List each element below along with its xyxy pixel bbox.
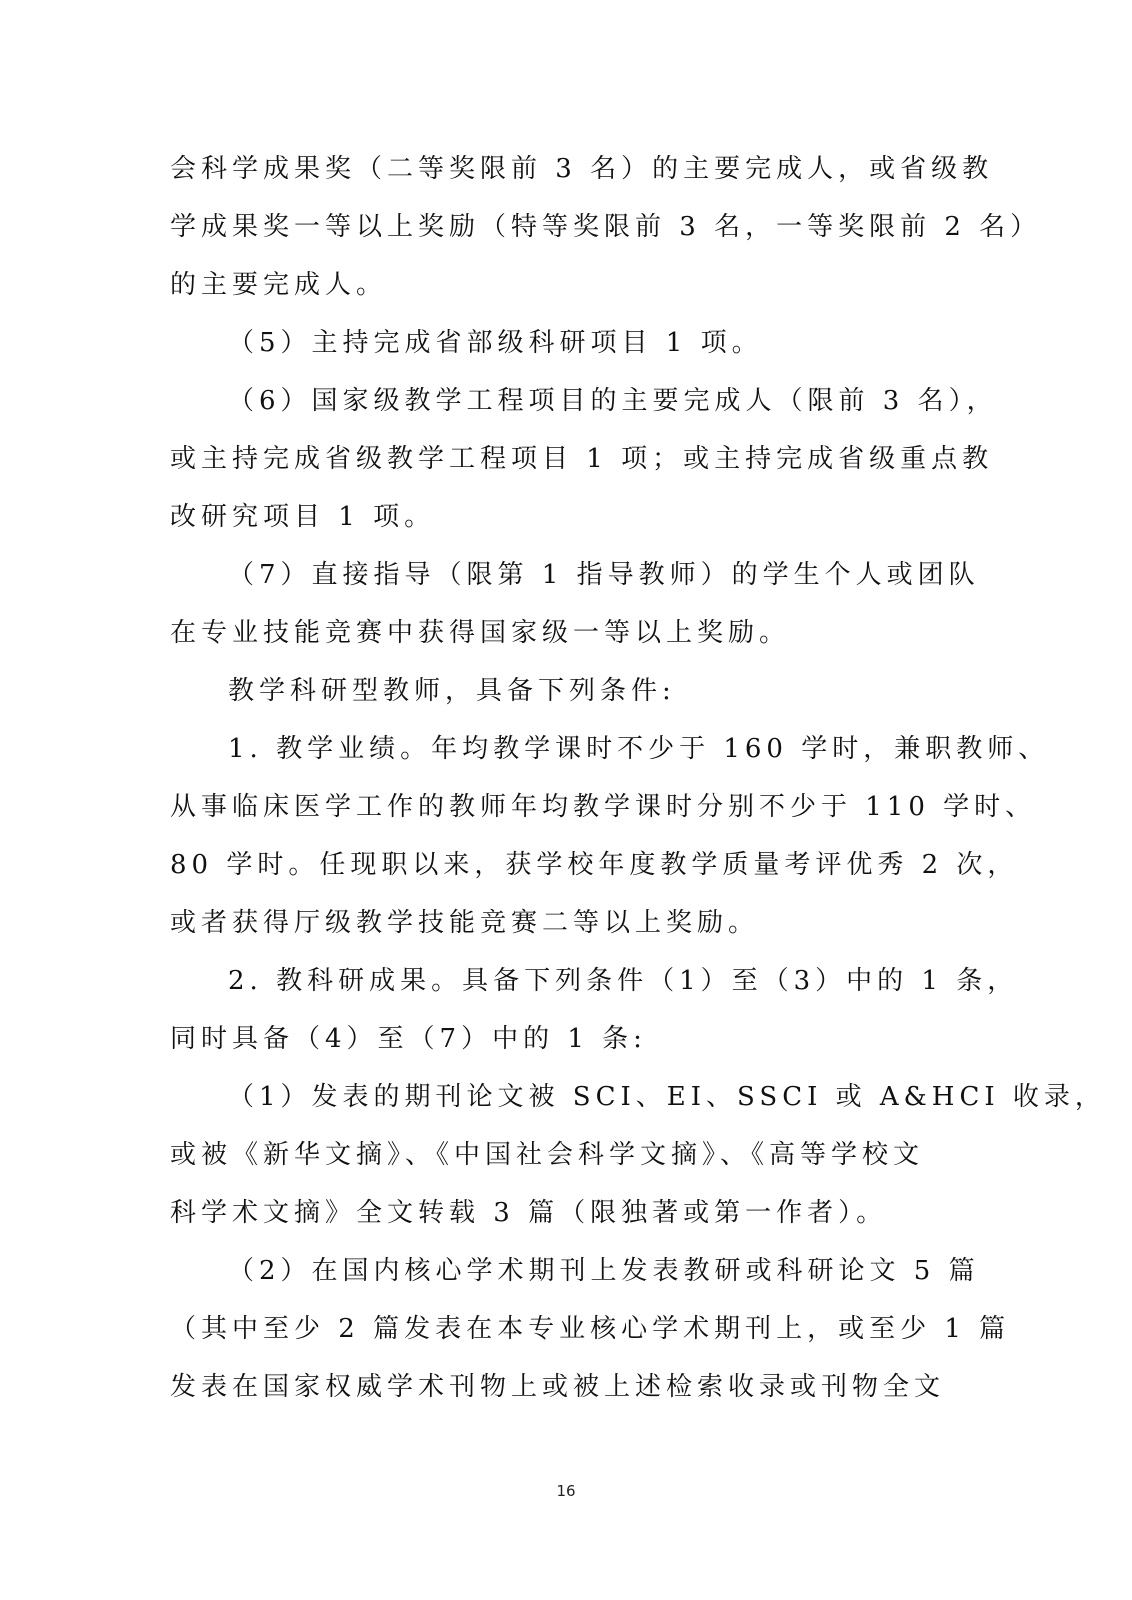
item-5-line: （5）主持完成省部级科研项目 1 项。 [170, 314, 950, 372]
page-number: 16 [0, 1482, 1132, 1500]
text-line: （其中至少 2 篇发表在本专业核心学术期刊上，或至少 1 篇 [170, 1300, 950, 1358]
text-line: 或者获得厅级教学技能竞赛二等以上奖励。 [170, 894, 950, 952]
document-body: 会科学成果奖（二等奖限前 3 名）的主要完成人，或省级教 学成果奖一等以上奖励（… [170, 140, 950, 1416]
text-line: 同时具备（4）至（7）中的 1 条: [170, 1010, 950, 1068]
research-results-line: 2. 教科研成果。具备下列条件（1）至（3）中的 1 条， [170, 952, 950, 1010]
text-line: 发表在国家权威学术刊物上或被上述检索收录或刊物全文 [170, 1358, 950, 1416]
text-line: 80 学时。任现职以来，获学校年度教学质量考评优秀 2 次， [170, 836, 950, 894]
text-line: 从事临床医学工作的教师年均教学课时分别不少于 110 学时、 [170, 778, 950, 836]
text-line: 的主要完成人。 [170, 256, 950, 314]
item-6-line: （6）国家级教学工程项目的主要完成人（限前 3 名）， [170, 372, 950, 430]
item-7-line: （7）直接指导（限第 1 指导教师）的学生个人或团队 [170, 546, 950, 604]
text-line: 会科学成果奖（二等奖限前 3 名）的主要完成人，或省级教 [170, 140, 950, 198]
text-line: 科学术文摘》全文转载 3 篇（限独著或第一作者）。 [170, 1184, 950, 1242]
item-2-line: （2）在国内核心学术期刊上发表教研或科研论文 5 篇 [170, 1242, 950, 1300]
text-line: 或主持完成省级教学工程项目 1 项；或主持完成省级重点教 [170, 430, 950, 488]
document-page: 会科学成果奖（二等奖限前 3 名）的主要完成人，或省级教 学成果奖一等以上奖励（… [0, 0, 1132, 1600]
item-1-line: （1）发表的期刊论文被 SCI、EI、SSCI 或 A&HCI 收录， [170, 1068, 950, 1126]
section-heading-line: 教学科研型教师，具备下列条件: [170, 662, 950, 720]
text-line: 学成果奖一等以上奖励（特等奖限前 3 名，一等奖限前 2 名） [170, 198, 950, 256]
text-line: 改研究项目 1 项。 [170, 488, 950, 546]
teaching-performance-line: 1. 教学业绩。年均教学课时不少于 160 学时，兼职教师、 [170, 720, 950, 778]
text-line: 在专业技能竞赛中获得国家级一等以上奖励。 [170, 604, 950, 662]
text-line: 或被《新华文摘》、《中国社会科学文摘》、《高等学校文 [170, 1126, 950, 1184]
